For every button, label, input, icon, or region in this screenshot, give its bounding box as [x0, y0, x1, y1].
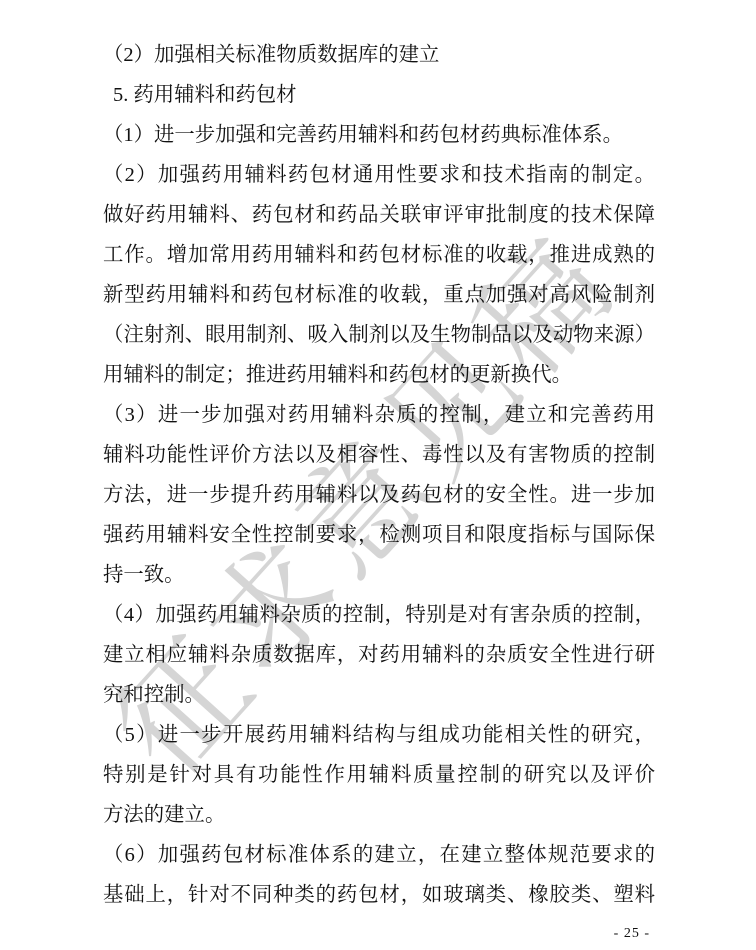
text-line: 方法，进一步提升药用辅料以及药包材的安全性。进一步加	[103, 475, 655, 515]
text-line: 工作。增加常用药用辅料和药包材标准的收载，推进成熟的	[103, 235, 655, 275]
text-line: （3）进一步加强对药用辅料杂质的控制，建立和完善药用	[103, 395, 655, 435]
text-line: （注射剂、眼用制剂、吸入制剂以及生物制品以及动物来源）	[103, 315, 655, 355]
text-line: （6）加强药包材标准体系的建立，在建立整体规范要求的	[103, 835, 655, 875]
page-number: - 25 -	[614, 926, 650, 942]
text-line: 强药用辅料安全性控制要求，检测项目和限度指标与国际保	[103, 515, 655, 555]
text-line: （2）加强药用辅料药包材通用性要求和技术指南的制定。	[103, 155, 655, 195]
text-line: 建立相应辅料杂质数据库，对药用辅料的杂质安全性进行研	[103, 635, 655, 675]
text-line: （1）进一步加强和完善药用辅料和药包材药典标准体系。	[103, 115, 655, 155]
text-line: （5）进一步开展药用辅料结构与组成功能相关性的研究，	[103, 715, 655, 755]
text-line: 基础上，针对不同种类的药包材，如玻璃类、橡胶类、塑料	[103, 875, 655, 915]
text-line: 方法的建立。	[103, 795, 655, 835]
text-line: 用辅料的制定；推进药用辅料和药包材的更新换代。	[103, 355, 655, 395]
text-line: 新型药用辅料和药包材标准的收载，重点加强对高风险制剂	[103, 275, 655, 315]
text-line: （4）加强药用辅料杂质的控制，特别是对有害杂质的控制，	[103, 595, 655, 635]
text-line: 特别是针对具有功能性作用辅料质量控制的研究以及评价	[103, 755, 655, 795]
text-line: 5. 药用辅料和药包材	[103, 75, 655, 115]
document-body: （2）加强相关标准物质数据库的建立5. 药用辅料和药包材（1）进一步加强和完善药…	[103, 35, 655, 915]
text-line: （2）加强相关标准物质数据库的建立	[103, 35, 655, 75]
text-line: 辅料功能性评价方法以及相容性、毒性以及有害物质的控制	[103, 435, 655, 475]
text-line: 做好药用辅料、药包材和药品关联审评审批制度的技术保障	[103, 195, 655, 235]
text-line: 究和控制。	[103, 675, 655, 715]
text-line: 持一致。	[103, 555, 655, 595]
